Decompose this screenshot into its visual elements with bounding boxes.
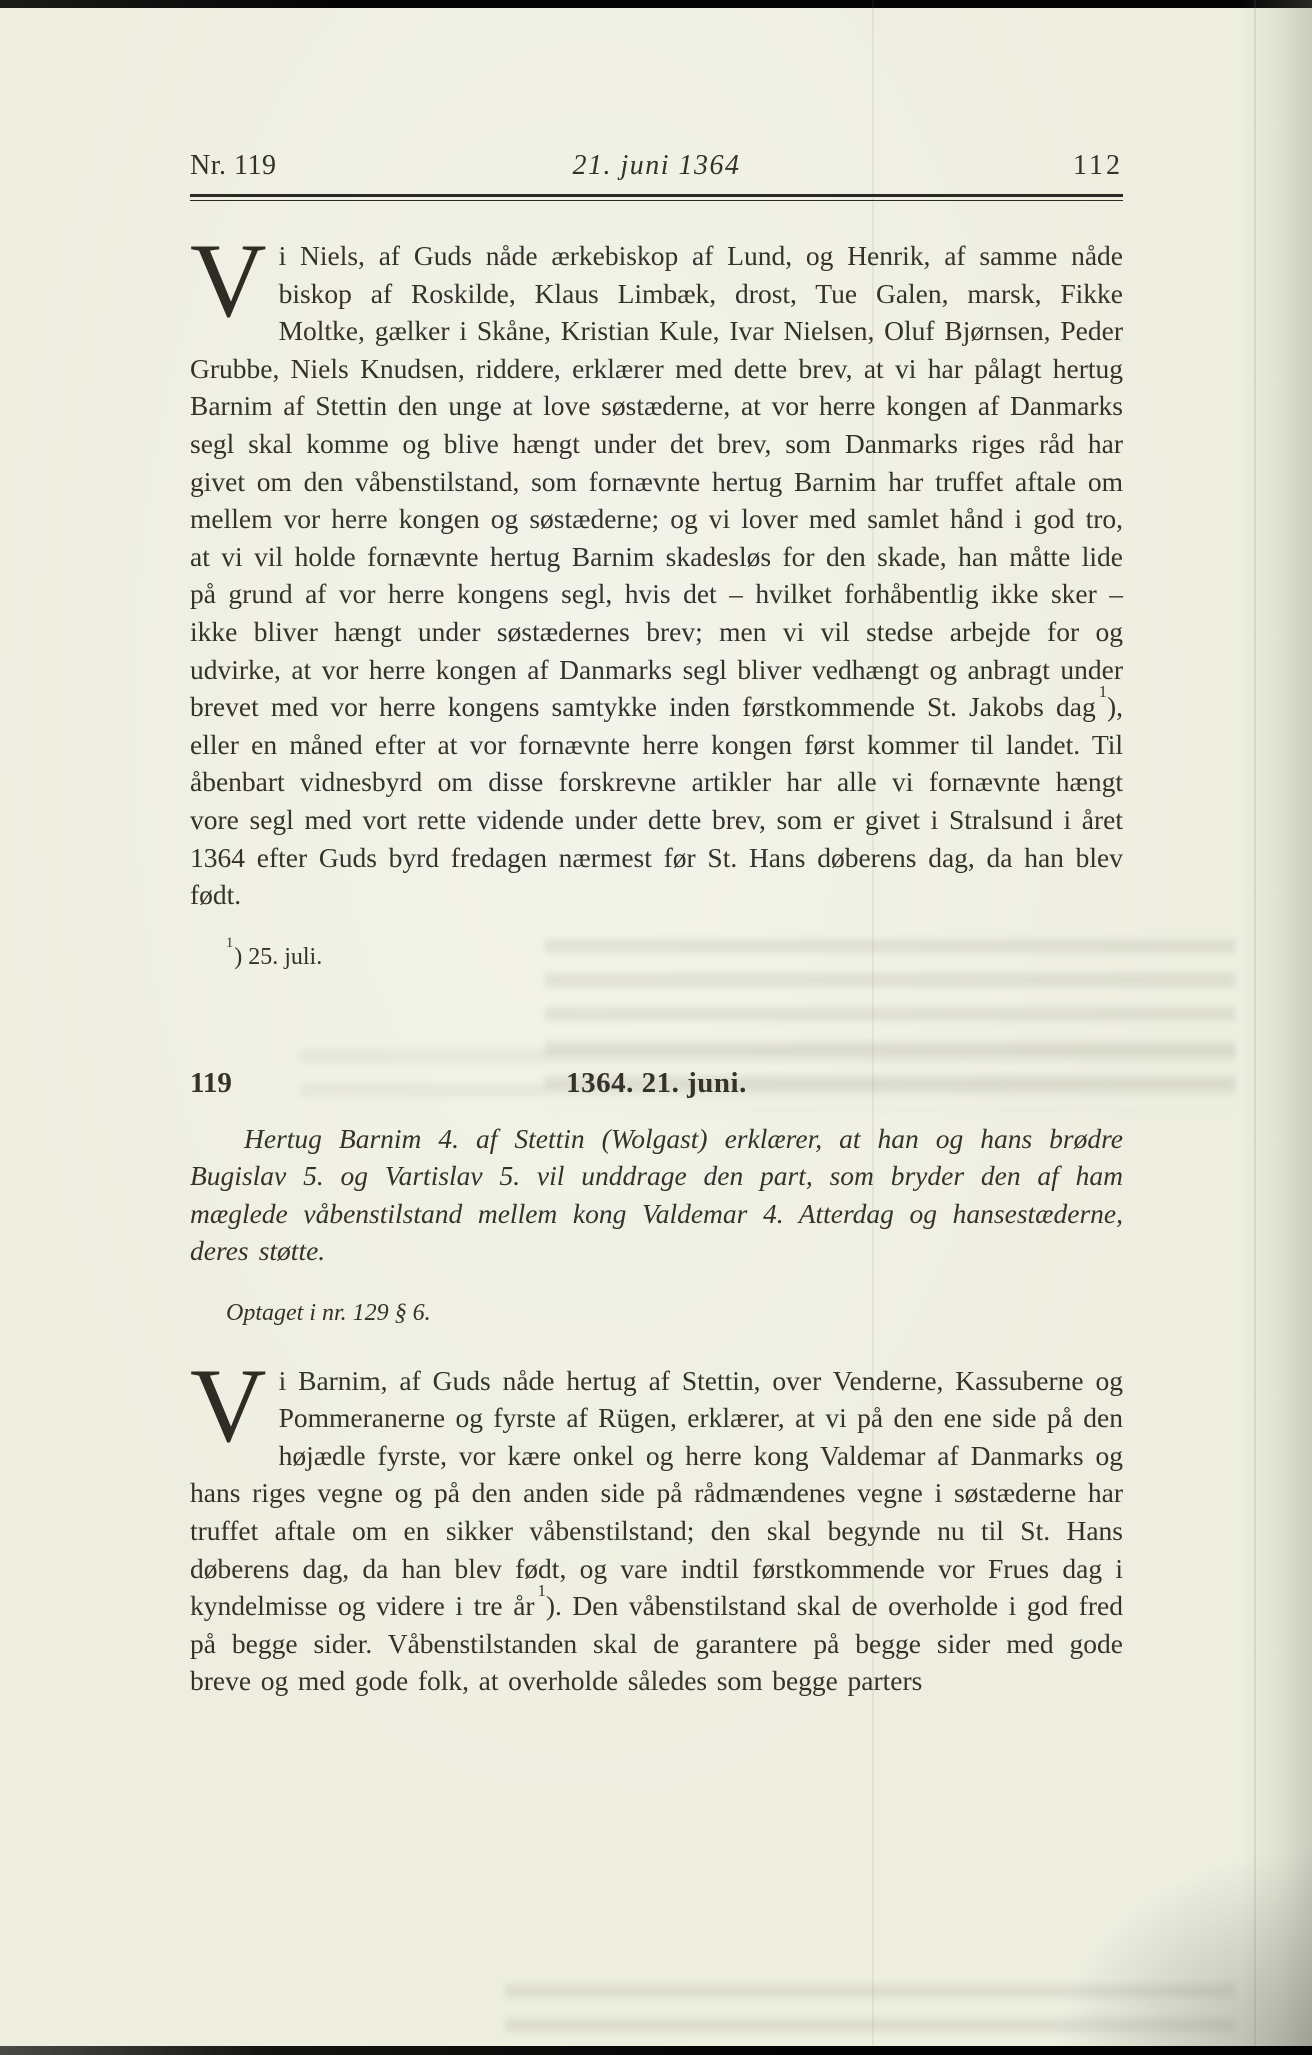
footnote-ref: 1 xyxy=(538,1581,546,1600)
first-document-text: i Niels, af Guds nåde ærkebiskop af Lund… xyxy=(190,240,1123,722)
entry-heading: 119 1364. 21. juni. xyxy=(190,1067,1123,1100)
entry-body-paragraph: Vi Barnim, af Guds nåde hertug af Stetti… xyxy=(190,1362,1123,1700)
first-document-text-continued: ), eller en måned efter at vor fornævnte… xyxy=(190,691,1123,910)
page-edge-line xyxy=(1254,0,1256,2055)
show-through-ghost xyxy=(505,1975,1235,2043)
page-number: 112 xyxy=(741,150,1123,182)
page-edge-shadow xyxy=(1240,0,1312,2055)
scanned-book-page: Nr. 119 21. juni 1364 112 Vi Niels, af G… xyxy=(0,0,1312,2055)
footnote-text: ) 25. juli. xyxy=(234,944,322,970)
running-header-date: 21. juni 1364 xyxy=(572,150,740,182)
first-document-paragraph: Vi Niels, af Guds nåde ærkebiskop af Lun… xyxy=(190,237,1123,914)
entry-date-heading: 1364. 21. juni. xyxy=(566,1067,747,1100)
entry-body-text: i Barnim, af Guds nåde hertug af Stettin… xyxy=(190,1365,1123,1622)
running-header-doc-number: Nr. 119 xyxy=(190,150,572,182)
entry-summary: Hertug Barnim 4. af Stettin (Wolgast) er… xyxy=(190,1120,1123,1270)
drop-cap-initial: V xyxy=(190,237,279,320)
footnote-marker: 1 xyxy=(226,935,233,951)
running-header: Nr. 119 21. juni 1364 112 xyxy=(190,150,1123,182)
header-double-rule xyxy=(190,194,1123,201)
footnote-ref: 1 xyxy=(1099,682,1107,701)
footnote-line: 1) 25. juli. xyxy=(190,942,1123,972)
entry-number: 119 xyxy=(190,1067,566,1100)
entry-source-note: Optaget i nr. 129 § 6. xyxy=(190,1298,1123,1328)
scan-edge-bar-bottom xyxy=(0,2046,1312,2055)
corner-shadow xyxy=(1052,1846,1312,2046)
drop-cap-initial: V xyxy=(190,1362,279,1445)
text-column: Nr. 119 21. juni 1364 112 Vi Niels, af G… xyxy=(190,0,1123,1700)
